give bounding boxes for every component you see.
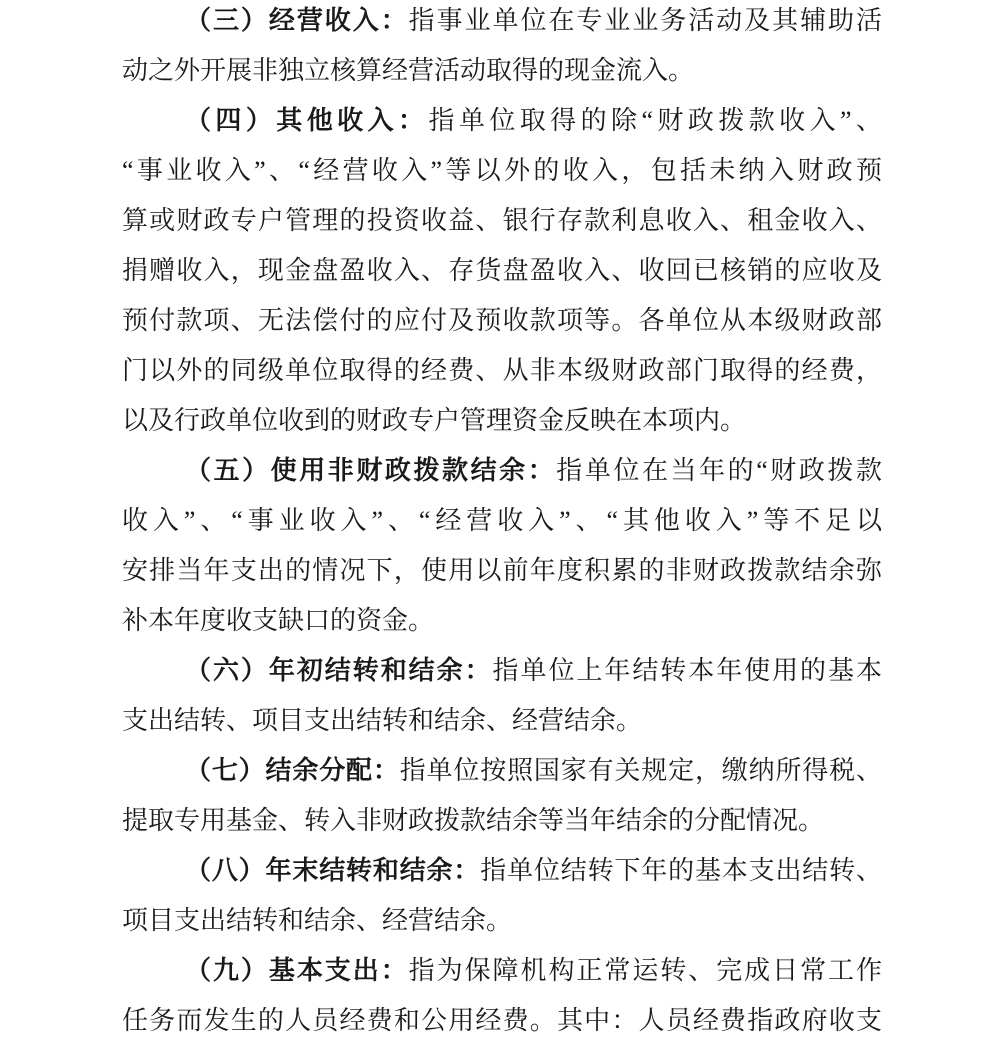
definition-text: 预付款项、无法偿付的应付及预收款项等。各单位从本级财政部 (122, 306, 882, 335)
definition-paragraph: （八）年末结转和结余：指单位结转下年的基本支出结转、项目支出结转和结余、经营结余… (122, 846, 882, 946)
definition-text: 提取专用基金、转入非财政拨款结余等当年结余的分配情况。 (122, 806, 824, 835)
paragraph-line: 门以外的同级单位取得的经费、从非本级财政部门取得的经费， (122, 346, 882, 396)
definition-paragraph: （五）使用非财政拨款结余：指单位在当年的“财政拨款收入”、“事业收入”、“经营收… (122, 446, 882, 646)
definition-text: 算或财政专户管理的投资收益、银行存款利息收入、租金收入、 (122, 206, 882, 235)
definition-paragraph: （九）基本支出：指为保障机构正常运转、完成日常工作任务而发生的人员经费和公用经费… (122, 946, 882, 1043)
definition-paragraph: （六）年初结转和结余：指单位上年结转本年使用的基本支出结转、项目支出结转和结余、… (122, 646, 882, 746)
paragraph-line: 动之外开展非独立核算经营活动取得的现金流入。 (122, 46, 882, 96)
definition-text: 以及行政单位收到的财政专户管理资金反映在本项内。 (122, 406, 746, 435)
document-page: （三）经营收入：指事业单位在专业业务活动及其辅助活动之外开展非独立核算经营活动取… (0, 0, 1000, 1043)
paragraph-line: 项目支出结转和结余、经营结余。 (122, 896, 882, 946)
paragraph-first-line: （九）基本支出：指为保障机构正常运转、完成日常工作 (122, 946, 882, 996)
definition-paragraph: （七）结余分配：指单位按照国家有关规定，缴纳所得税、提取专用基金、转入非财政拨款… (122, 746, 882, 846)
paragraph-line: 算或财政专户管理的投资收益、银行存款利息收入、租金收入、 (122, 196, 882, 246)
definition-text: 指单位取得的除“财政拨款收入”、 (428, 106, 882, 135)
paragraph-line: 以及行政单位收到的财政专户管理资金反映在本项内。 (122, 396, 882, 446)
definition-term: （五）使用非财政拨款结余： (185, 456, 556, 485)
paragraph-line: 支出结转、项目支出结转和结余、经营结余。 (122, 696, 882, 746)
paragraph-line: 安排当年支出的情况下，使用以前年度积累的非财政拨款结余弥 (122, 546, 882, 596)
paragraph-line: 任务而发生的人员经费和公用经费。其中：人员经费指政府收支 (122, 996, 882, 1043)
paragraph-line: “事业收入”、“经营收入”等以外的收入，包括未纳入财政预 (122, 146, 882, 196)
paragraph-first-line: （三）经营收入：指事业单位在专业业务活动及其辅助活 (122, 0, 882, 46)
paragraph-first-line: （六）年初结转和结余：指单位上年结转本年使用的基本 (122, 646, 882, 696)
definition-text: 指单位结转下年的基本支出结转、 (480, 856, 882, 885)
paragraph-first-line: （五）使用非财政拨款结余：指单位在当年的“财政拨款 (122, 446, 882, 496)
definition-text: 指为保障机构正常运转、完成日常工作 (409, 956, 882, 985)
definition-term: （六）年初结转和结余： (185, 656, 493, 685)
definition-text: 项目支出结转和结余、经营结余。 (122, 906, 512, 935)
definition-text: 安排当年支出的情况下，使用以前年度积累的非财政拨款结余弥 (122, 556, 882, 585)
document-body: （三）经营收入：指事业单位在专业业务活动及其辅助活动之外开展非独立核算经营活动取… (122, 0, 882, 1043)
definition-term: （三）经营收入： (185, 6, 409, 35)
paragraph-first-line: （八）年末结转和结余：指单位结转下年的基本支出结转、 (122, 846, 882, 896)
definition-text: 指单位上年结转本年使用的基本 (493, 656, 882, 685)
paragraph-line: 捐赠收入，现金盘盈收入、存货盘盈收入、收回已核销的应收及 (122, 246, 882, 296)
definition-text: 捐赠收入，现金盘盈收入、存货盘盈收入、收回已核销的应收及 (122, 256, 882, 285)
definition-term: （八）年末结转和结余： (185, 856, 480, 885)
paragraph-line: 收入”、“事业收入”、“经营收入”、“其他收入”等不足以 (122, 496, 882, 546)
paragraph-line: 补本年度收支缺口的资金。 (122, 596, 882, 646)
definition-text: 支出结转、项目支出结转和结余、经营结余。 (122, 706, 642, 735)
definition-term: （四）其他收入： (185, 106, 428, 135)
definition-paragraph: （四）其他收入：指单位取得的除“财政拨款收入”、“事业收入”、“经营收入”等以外… (122, 96, 882, 446)
definition-term: （七）结余分配： (185, 756, 400, 785)
paragraph-first-line: （七）结余分配：指单位按照国家有关规定，缴纳所得税、 (122, 746, 882, 796)
paragraph-line: 提取专用基金、转入非财政拨款结余等当年结余的分配情况。 (122, 796, 882, 846)
paragraph-line: 预付款项、无法偿付的应付及预收款项等。各单位从本级财政部 (122, 296, 882, 346)
definition-text: 收入”、“事业收入”、“经营收入”、“其他收入”等不足以 (122, 506, 882, 535)
definition-text: “事业收入”、“经营收入”等以外的收入，包括未纳入财政预 (122, 156, 882, 185)
definition-term: （九）基本支出： (185, 956, 409, 985)
definition-text: 指事业单位在专业业务活动及其辅助活 (409, 6, 882, 35)
definition-text: 动之外开展非独立核算经营活动取得的现金流入。 (122, 56, 694, 85)
definition-text: 任务而发生的人员经费和公用经费。其中：人员经费指政府收支 (122, 1006, 882, 1035)
paragraph-first-line: （四）其他收入：指单位取得的除“财政拨款收入”、 (122, 96, 882, 146)
definition-text: 指单位按照国家有关规定，缴纳所得税、 (400, 756, 882, 785)
definition-text: 补本年度收支缺口的资金。 (122, 606, 434, 635)
definition-text: 门以外的同级单位取得的经费、从非本级财政部门取得的经费， (122, 356, 882, 385)
definition-paragraph: （三）经营收入：指事业单位在专业业务活动及其辅助活动之外开展非独立核算经营活动取… (122, 0, 882, 96)
definition-text: 指单位在当年的“财政拨款 (556, 456, 882, 485)
